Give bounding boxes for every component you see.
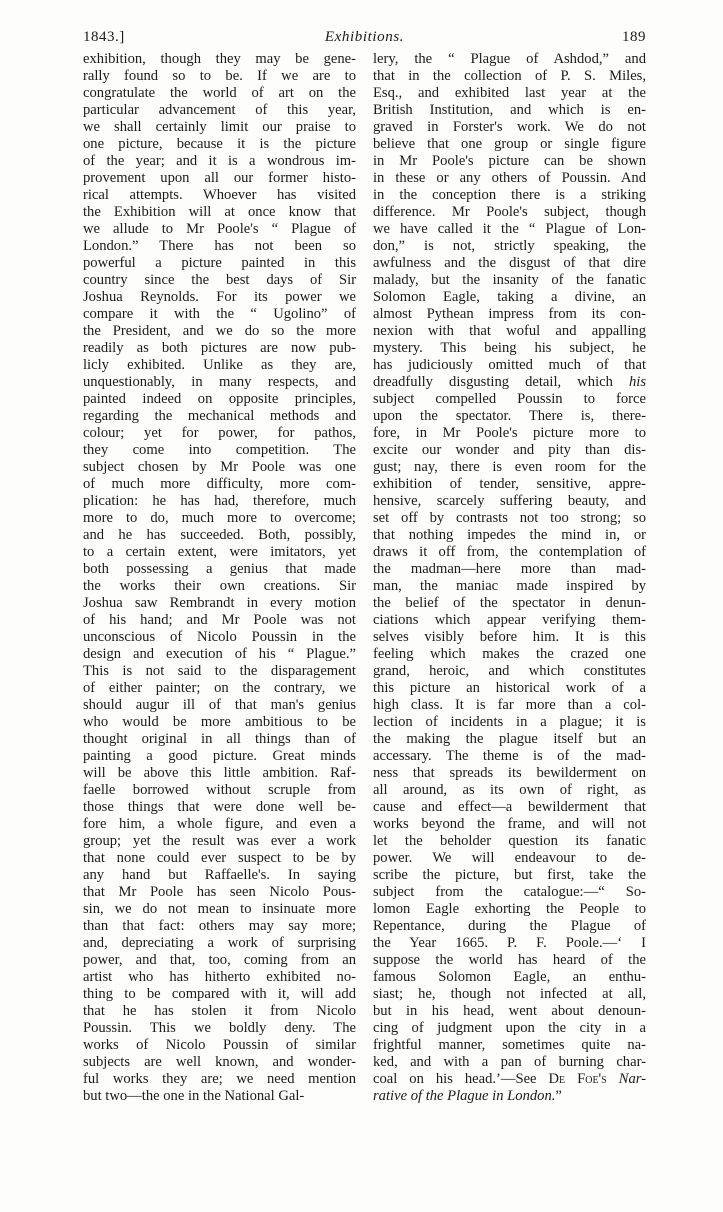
- text-line: London.” There has not been so: [83, 238, 356, 255]
- text-line: power, and that, too, coming from an: [83, 952, 356, 969]
- text-line: the belief of the spectator in denun-: [373, 595, 646, 612]
- text-line: the President, and we do so the more: [83, 323, 356, 340]
- text-line: that none could ever suspect to be by: [83, 850, 356, 867]
- text-line: graved in Forster's work. We do not: [373, 119, 646, 136]
- text-line: group; yet the result was ever a work: [83, 833, 356, 850]
- text-line: subject from the catalogue:—“ So-: [373, 884, 646, 901]
- text-line: that he has stolen it from Nicolo: [83, 1003, 356, 1020]
- text-line: that nothing impedes the mind in, or: [373, 527, 646, 544]
- text-run: De Foe's: [549, 1071, 607, 1087]
- text-line: hensive, scarcely suffering beauty, and: [373, 493, 646, 510]
- text-line: artist who has hitherto exhibited no-: [83, 969, 356, 986]
- text-line: exhibition of tender, sensitive, appre-: [373, 476, 646, 493]
- text-line: fore, in Mr Poole's picture more to: [373, 425, 646, 442]
- text-line: and he has succeeded. Both, possibly,: [83, 527, 356, 544]
- text-line: believe that one group or single figure: [373, 136, 646, 153]
- text-run: rative of the Plague in London.: [373, 1088, 555, 1104]
- text-line: design and execution of his “ Plague.”: [83, 646, 356, 663]
- text-line: excite our wonder and pity than dis-: [373, 442, 646, 459]
- text-line: but in his head, went about denoun-: [373, 1003, 646, 1020]
- text-line: subject compelled Poussin to force: [373, 391, 646, 408]
- text-line: accessary. The theme is of the mad-: [373, 748, 646, 765]
- text-line: than that fact: others may say more;: [83, 918, 356, 935]
- text-line: awfulness and the disgust of that dire: [373, 255, 646, 272]
- text-line: painted indeed on opposite principles,: [83, 391, 356, 408]
- running-head: 1843.] Exhibitions. 189: [83, 27, 646, 47]
- text-line: thought original in all things than of: [83, 731, 356, 748]
- text-line: famous Solomon Eagle, an enthu-: [373, 969, 646, 986]
- text-line: man, the maniac made inspired by: [373, 578, 646, 595]
- text-line: rative of the Plague in London.”: [373, 1088, 646, 1105]
- text-line: selves visibly before him. It is this: [373, 629, 646, 646]
- text-line: sin, we do not mean to insinuate more: [83, 901, 356, 918]
- text-line: those things that were done well be-: [83, 799, 356, 816]
- text-line: siast; he, though not infected at all,: [373, 986, 646, 1003]
- header-section-title: Exhibitions.: [83, 27, 646, 47]
- text-line: faelle borrowed without scruple from: [83, 782, 356, 799]
- text-line: any hand but Raffaelle's. In saying: [83, 867, 356, 884]
- text-line: both possessing a genius that made: [83, 561, 356, 578]
- text-line: of his hand; and Mr Poole was not: [83, 612, 356, 629]
- text-line: Esq., and exhibited last year at the: [373, 85, 646, 102]
- text-line: high class. It is far more than a col-: [373, 697, 646, 714]
- text-line: in these or any others of Poussin. And: [373, 170, 646, 187]
- text-line: more to do, much more to overcome;: [83, 510, 356, 527]
- text-line: power. We will endeavour to de-: [373, 850, 646, 867]
- text-line: Joshua saw Rembrandt in every motion: [83, 595, 356, 612]
- text-line: upon the spectator. There is, there-: [373, 408, 646, 425]
- text-line: but two—the one in the National Gal-: [83, 1088, 356, 1105]
- text-line: to a certain extent, were imitators, yet: [83, 544, 356, 561]
- text-line: has judiciously omitted much of that: [373, 357, 646, 374]
- text-line: coal on his head.’—See De Foe's Nar-: [373, 1071, 646, 1088]
- text-run: Nar-: [607, 1071, 646, 1087]
- text-line: the making the plague itself but an: [373, 731, 646, 748]
- text-line: country since the best days of Sir: [83, 272, 356, 289]
- text-line: nexion with that woful and appalling: [373, 323, 646, 340]
- text-line: malady, but the insanity of the fanatic: [373, 272, 646, 289]
- left-column: exhibition, though they may be gene-rall…: [83, 51, 356, 1105]
- text-line: frightful manner, sometimes quite na-: [373, 1037, 646, 1054]
- text-line: cing of judgment upon the city in a: [373, 1020, 646, 1037]
- text-line: ful works they are; we need mention: [83, 1071, 356, 1088]
- text-line: works beyond the frame, and will not: [373, 816, 646, 833]
- text-line: lomon Eagle exhorting the People to: [373, 901, 646, 918]
- text-line: painting a good picture. Great minds: [83, 748, 356, 765]
- text-line: exhibition, though they may be gene-: [83, 51, 356, 68]
- text-line: don,” is not, strictly speaking, the: [373, 238, 646, 255]
- text-line: difference. Mr Poole's subject, though: [373, 204, 646, 221]
- text-line: particular advancement of this year,: [83, 102, 356, 119]
- text-line: feeling which makes the crazed one: [373, 646, 646, 663]
- text-line: congratulate the world of art on the: [83, 85, 356, 102]
- text-line: set off by contrasts not too strong; so: [373, 510, 646, 527]
- text-line: dreadfully disgusting detail, which his: [373, 374, 646, 391]
- text-line: will be above this little ambition. Raf-: [83, 765, 356, 782]
- text-line: Poussin. This we boldly deny. The: [83, 1020, 356, 1037]
- text-line: lery, the “ Plague of Ashdod,” and: [373, 51, 646, 68]
- text-line: grand, heroic, and which constitutes: [373, 663, 646, 680]
- text-line: ciations which appear verifying them-: [373, 612, 646, 629]
- text-line: gust; nay, there is even room for the: [373, 459, 646, 476]
- text-line: Solomon Eagle, taking a divine, an: [373, 289, 646, 306]
- right-column: lery, the “ Plague of Ashdod,” andthat i…: [373, 51, 646, 1105]
- text-run: his: [629, 374, 646, 390]
- text-line: we allude to Mr Poole's “ Plague of: [83, 221, 356, 238]
- text-line: This is not said to the disparagement: [83, 663, 356, 680]
- text-line: regarding the mechanical methods and: [83, 408, 356, 425]
- text-line: in the conception there is a striking: [373, 187, 646, 204]
- text-line: the works their own creations. Sir: [83, 578, 356, 595]
- text-line: unquestionably, in many respects, and: [83, 374, 356, 391]
- text-line: rally found so to be. If we are to: [83, 68, 356, 85]
- text-line: of either painter; on the contrary, we: [83, 680, 356, 697]
- text-line: plication: he has had, therefore, much: [83, 493, 356, 510]
- text-line: that in the collection of P. S. Miles,: [373, 68, 646, 85]
- text-line: British Institution, and which is en-: [373, 102, 646, 119]
- text-line: this picture an historical work of a: [373, 680, 646, 697]
- text-line: of much more difficulty, more com-: [83, 476, 356, 493]
- text-line: Repentance, during the Plague of: [373, 918, 646, 935]
- text-line: suppose the world has heard of the: [373, 952, 646, 969]
- text-line: colour; yet for power, for pathos,: [83, 425, 356, 442]
- text-line: in Mr Poole's picture can be shown: [373, 153, 646, 170]
- text-line: scribe the picture, but first, take the: [373, 867, 646, 884]
- text-line: subject chosen by Mr Poole was one: [83, 459, 356, 476]
- text-line: and, depreciating a work of surprising: [83, 935, 356, 952]
- text-line: the madman—here more than mad-: [373, 561, 646, 578]
- text-line: works of Nicolo Poussin of similar: [83, 1037, 356, 1054]
- text-line: powerful a picture painted in this: [83, 255, 356, 272]
- text-line: fore him, a whole figure, and even a: [83, 816, 356, 833]
- text-line: subjects are well known, and wonder-: [83, 1054, 356, 1071]
- text-line: let the beholder question its fanatic: [373, 833, 646, 850]
- text-line: that Mr Poole has seen Nicolo Pous-: [83, 884, 356, 901]
- text-line: one picture, because it is the picture: [83, 136, 356, 153]
- text-line: almost Pythean impress from its con-: [373, 306, 646, 323]
- text-line: rical attempts. Whoever has visited: [83, 187, 356, 204]
- text-line: licly exhibited. Unlike as they are,: [83, 357, 356, 374]
- text-line: thing to be compared with it, will add: [83, 986, 356, 1003]
- text-run: coal on his head.’—See: [373, 1071, 549, 1087]
- text-line: provement upon all our former histo-: [83, 170, 356, 187]
- text-line: the Year 1665. P. F. Poole.—‘ I: [373, 935, 646, 952]
- text-line: ked, and with a pan of burning char-: [373, 1054, 646, 1071]
- text-line: compare it with the “ Ugolino” of: [83, 306, 356, 323]
- page-number: 189: [622, 27, 646, 47]
- text-line: Joshua Reynolds. For its power we: [83, 289, 356, 306]
- text-line: ness that spreads its bewilderment on: [373, 765, 646, 782]
- text-run: dreadfully disgusting detail, which: [373, 374, 629, 390]
- text-line: mystery. This being his subject, he: [373, 340, 646, 357]
- text-line: cause and effect—a bewilderment that: [373, 799, 646, 816]
- book-page: 1843.] Exhibitions. 189 exhibition, thou…: [0, 0, 723, 1212]
- text-line: they come into competition. The: [83, 442, 356, 459]
- text-line: readily as both pictures are now pub-: [83, 340, 356, 357]
- text-line: we have called it the “ Plague of Lon-: [373, 221, 646, 238]
- text-line: who would be more ambitious to be: [83, 714, 356, 731]
- text-line: draws it off from, the contemplation of: [373, 544, 646, 561]
- text-line: should augur ill of that man's genius: [83, 697, 356, 714]
- text-line: all around, as its own of right, as: [373, 782, 646, 799]
- text-line: the Exhibition will at once know that: [83, 204, 356, 221]
- text-line: lection of incidents in a plague; it is: [373, 714, 646, 731]
- text-line: of the year; and it is a wondrous im-: [83, 153, 356, 170]
- text-line: we shall certainly limit our praise to: [83, 119, 356, 136]
- text-run: ”: [555, 1088, 561, 1104]
- text-line: unconscious of Nicolo Poussin in the: [83, 629, 356, 646]
